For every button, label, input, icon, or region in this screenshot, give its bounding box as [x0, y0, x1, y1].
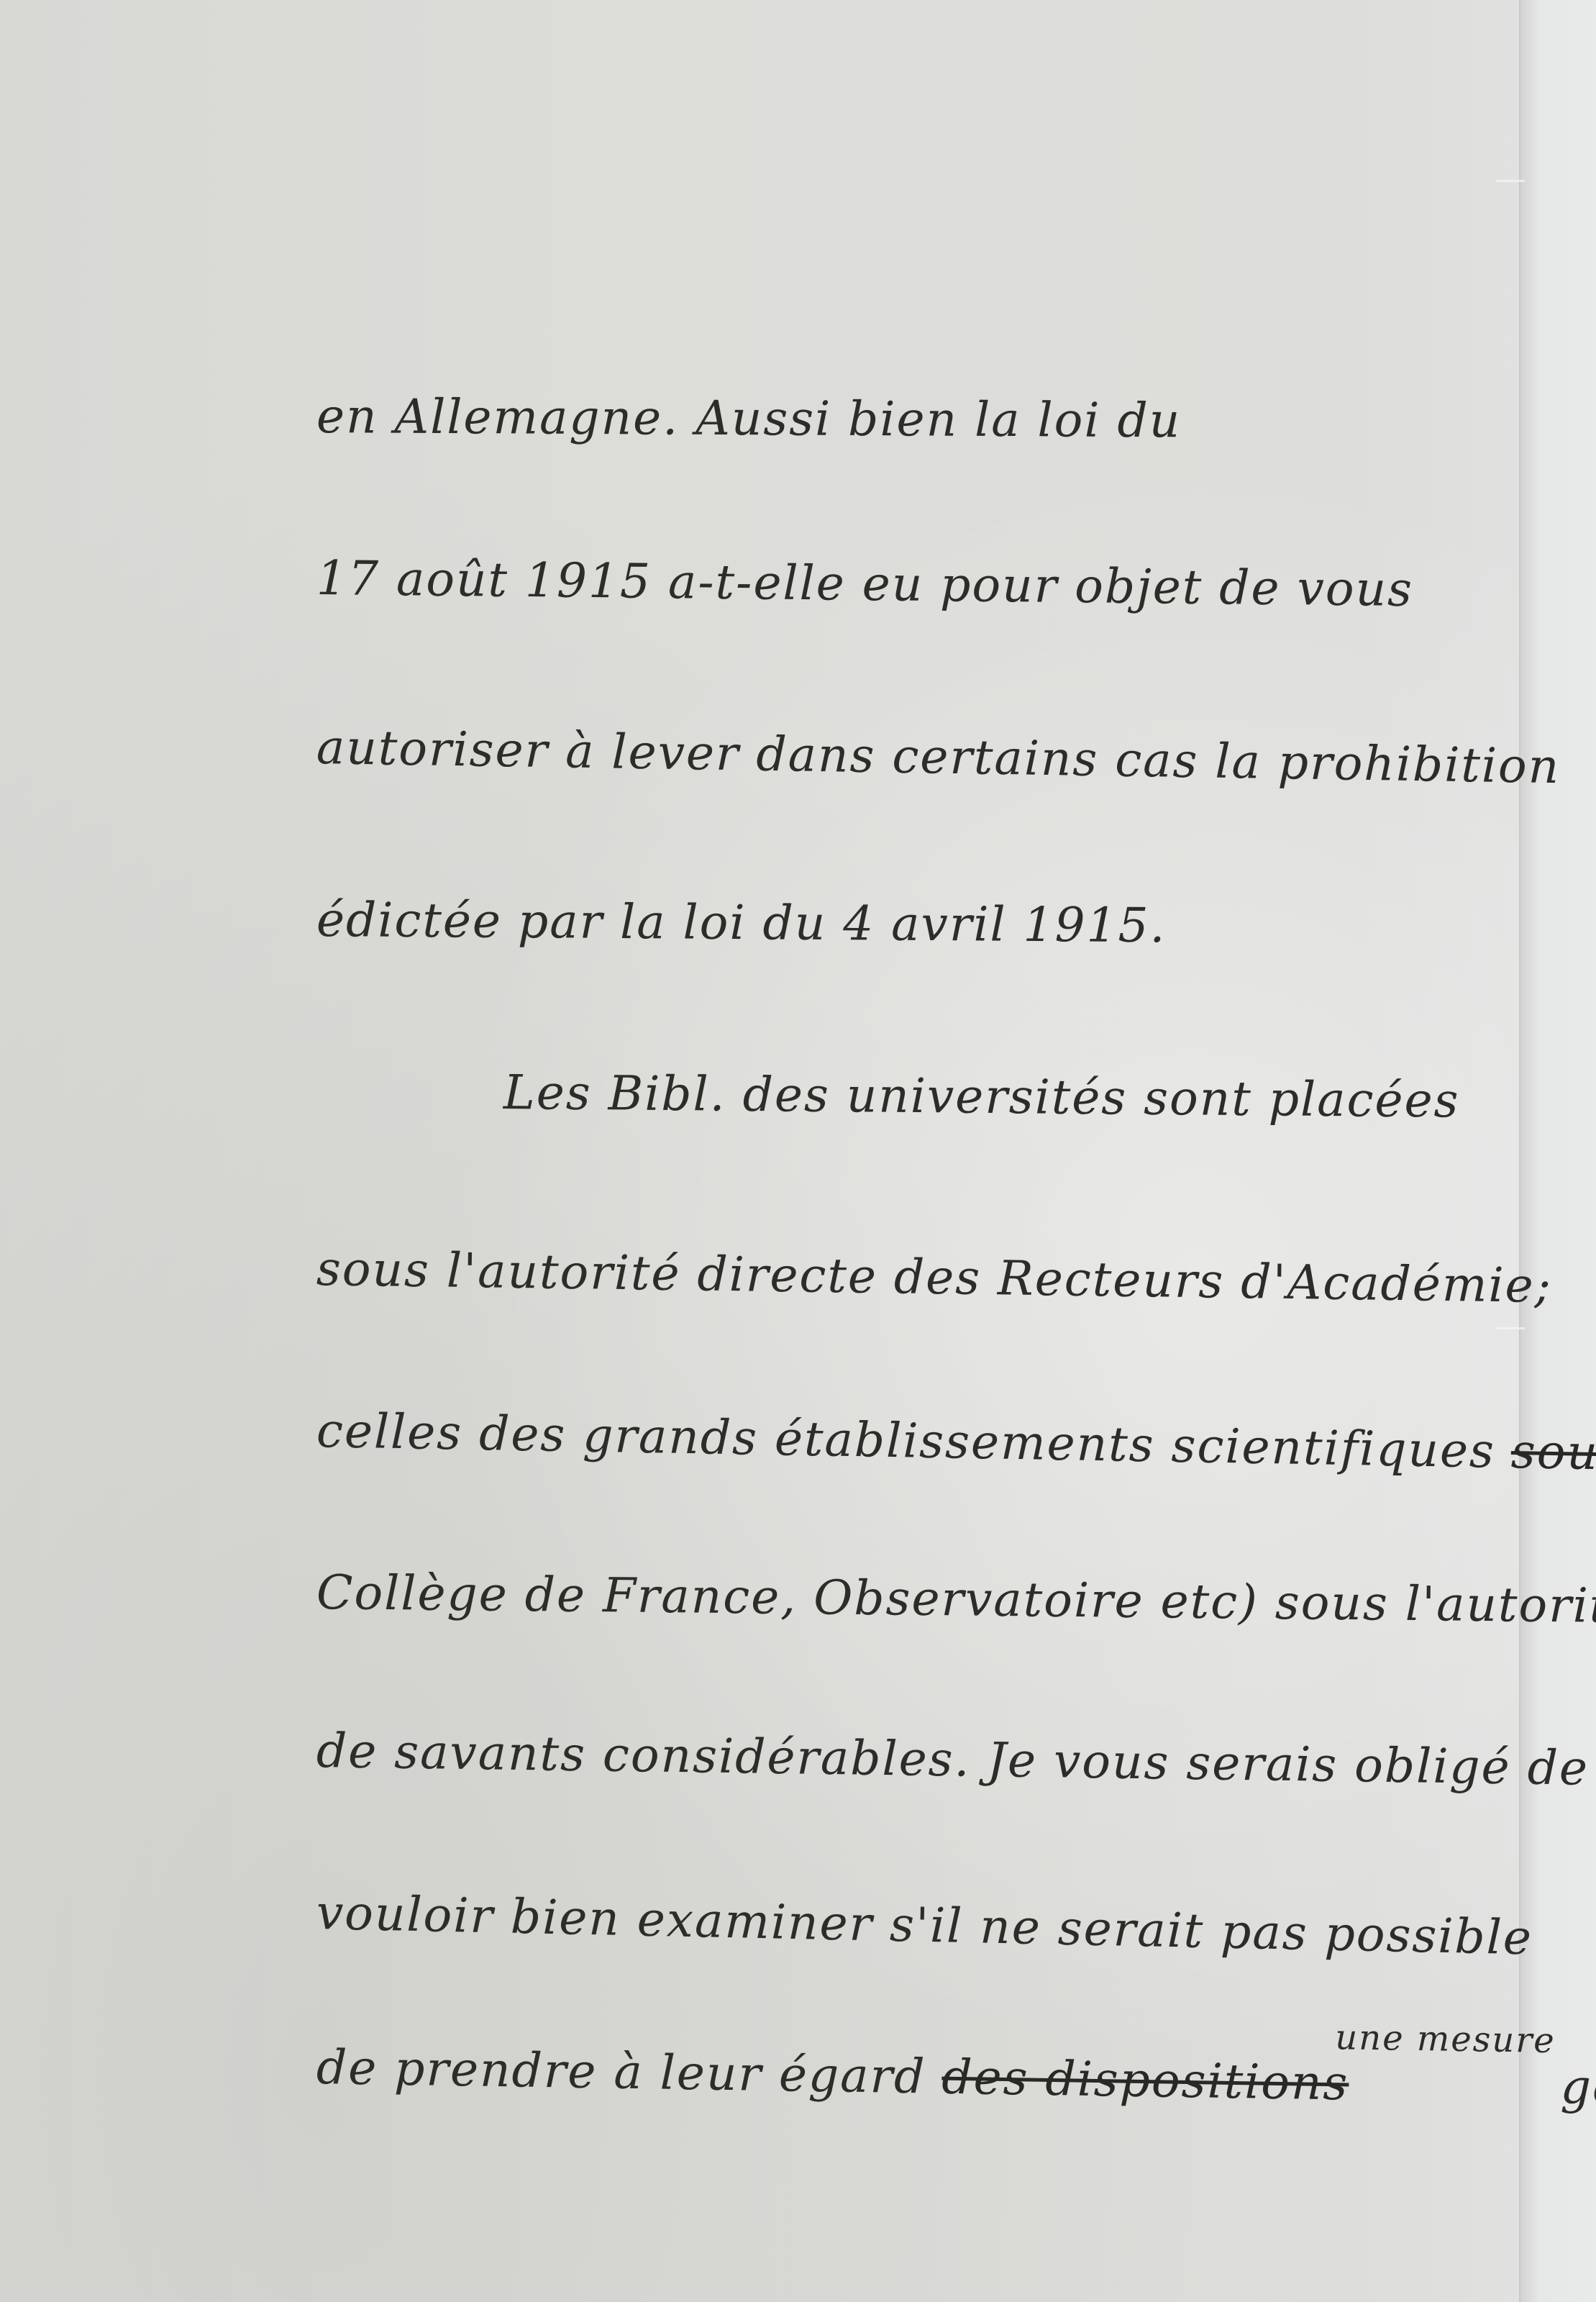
- line-text: Collège de France, Observatoire etc) sou…: [316, 1565, 1596, 1634]
- struck-phrase: des dispositions: [941, 2049, 1349, 2111]
- line-text: vouloir bien examiner s'il ne serait pas…: [316, 1885, 1533, 1965]
- interlinear-insertion: une mesure: [1335, 2017, 1556, 2061]
- manuscript-line-11: de prendre à leur égarddes dispositionsu…: [316, 2039, 1596, 2118]
- manuscript-line-4: édictéepar la loi du 4 avril 1915.: [316, 892, 1167, 953]
- paper-crease: [1496, 180, 1525, 182]
- manuscript-line-9: de savants considérables. Je vous serais…: [316, 1723, 1589, 1796]
- manuscript-line-1: en Allemagne. Aussi bien la loi du: [316, 388, 1182, 448]
- line-text: en Allemagne. Aussi bien la loi du: [316, 388, 1182, 448]
- line-text: par la loi du 4 avril 1915.: [518, 893, 1167, 953]
- manuscript-line-10: vouloir bien examiner s'il ne serait pas…: [316, 1885, 1533, 1965]
- manuscript-line-7: celles des grands établissements scienti…: [316, 1403, 1596, 1486]
- line-text: de savants considérables. Je vous serais…: [316, 1723, 1589, 1796]
- line-text: Les Bibl. des universités sont placées: [503, 1065, 1460, 1129]
- line-text-prefix: celles des grands établissements scienti…: [316, 1403, 1495, 1479]
- line-text: autoriser à lever dans certains cas la p…: [316, 719, 1560, 794]
- struck-word: sous: [1510, 1424, 1596, 1481]
- line-text-prefix: édictée: [316, 892, 503, 949]
- paper-crease: [1496, 1327, 1525, 1329]
- line-text: sous l'autorité directe des Recteurs d'A…: [316, 1241, 1552, 1314]
- manuscript-line-8: Collège de France, Observatoire etc) sou…: [316, 1565, 1596, 1634]
- manuscript-line-3: autoriser à lever dans certains cas la p…: [316, 719, 1560, 794]
- manuscript-line-2: 17 août 1915 a-t-elle eu pour objet de v…: [316, 550, 1414, 617]
- line-text-prefix: de prendre à leur égard: [316, 2039, 926, 2104]
- line-text: 17 août 1915 a-t-elle eu pour objet de v…: [316, 550, 1414, 617]
- line-text-suffix: générale: [1560, 2059, 1596, 2118]
- manuscript-page: en Allemagne. Aussi bien la loi du 17 ao…: [0, 0, 1596, 2302]
- manuscript-line-6: sous l'autorité directe des Recteurs d'A…: [316, 1241, 1552, 1314]
- manuscript-line-5-paragraph-start: Les Bibl. des universités sont placées: [503, 1065, 1460, 1129]
